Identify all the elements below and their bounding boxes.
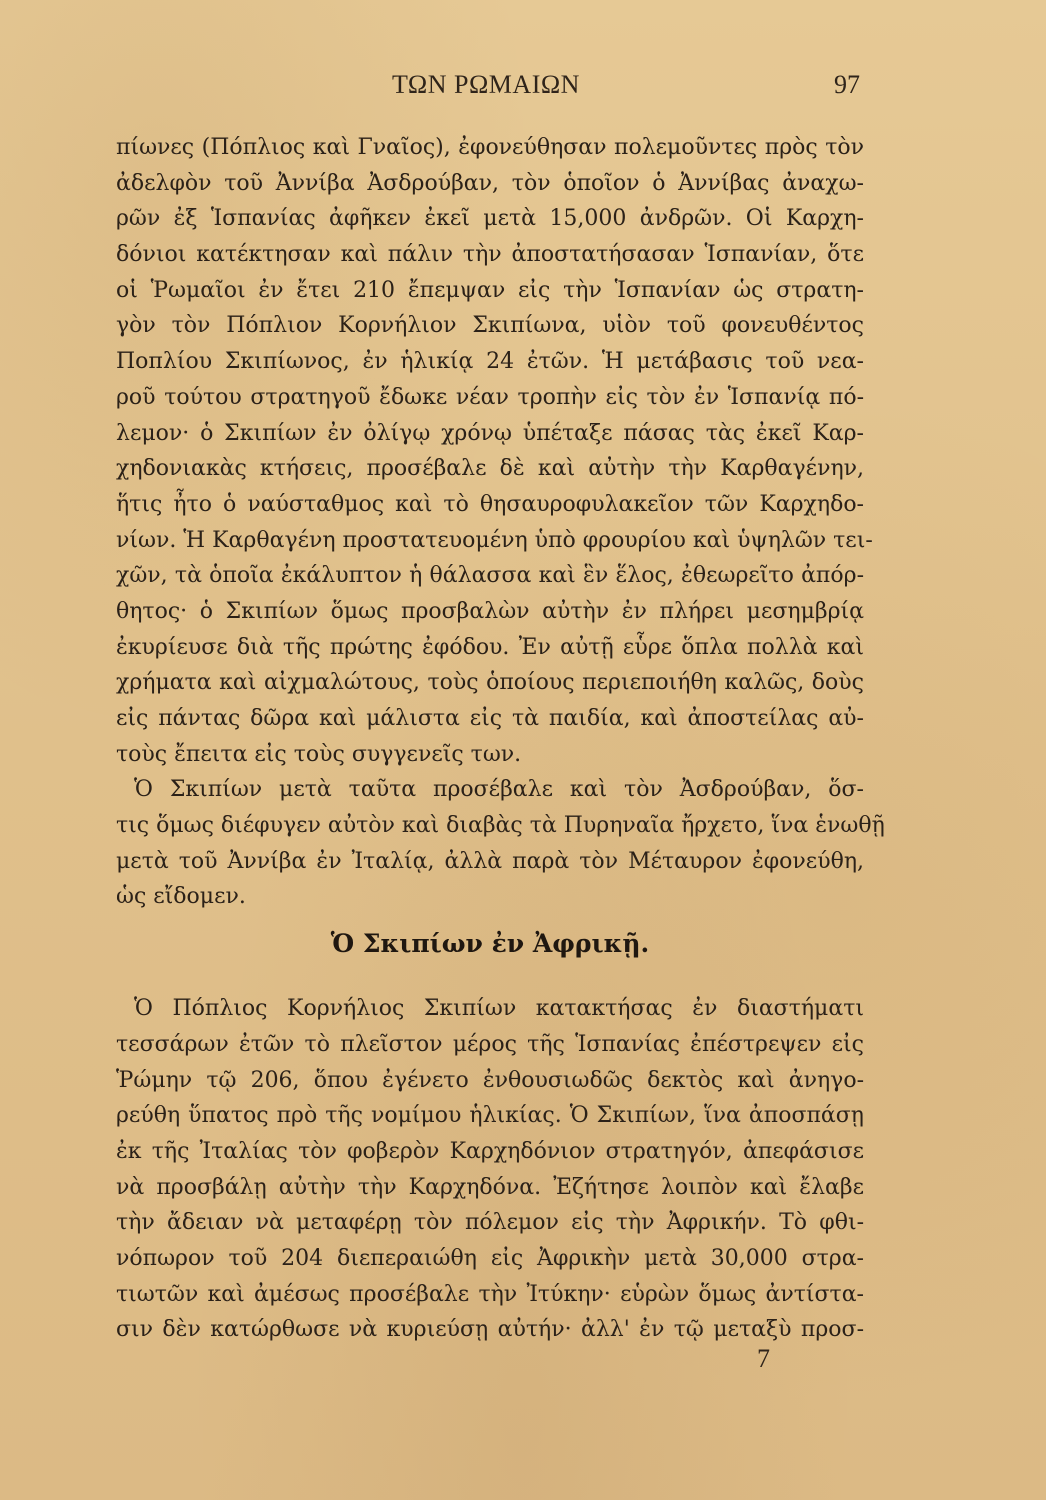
- text-line: ὡς εἴδομεν.: [116, 879, 864, 915]
- text-line: ἥτις ἦτο ὁ ναύσταθμος καὶ τὸ θησαυροφυλα…: [116, 487, 864, 523]
- text-line: γὸν τὸν Πόπλιον Κορνήλιον Σκιπίωνα, υἱὸν…: [116, 308, 864, 344]
- text-line: τις ὅμως διέφυγεν αὐτὸν καὶ διαβὰς τὰ Πυ…: [116, 808, 864, 844]
- text-line: ρῶν ἐξ Ἱσπανίας ἀφῆκεν ἐκεῖ μετὰ 15,000 …: [116, 201, 864, 237]
- body-text: πίωνες (Πόπλιος καὶ Γναῖος), ἐφονεύθησαν…: [116, 130, 864, 1348]
- text-line: χρήματα καὶ αἰχμαλώτους, τοὺς ὁποίους πε…: [116, 665, 864, 701]
- text-line: ρεύθη ὕπατος πρὸ τῆς νομίμου ἡλικίας. Ὁ …: [116, 1098, 864, 1134]
- book-page: ΤΩΝ ΡΩΜΑΙΩΝ 97 πίωνες (Πόπλιος καὶ Γναῖο…: [0, 0, 1046, 1500]
- text-line: τὴν ἄδειαν νὰ μεταφέρῃ τὸν πόλεμον εἰς τ…: [116, 1205, 864, 1241]
- text-line: νόπωρον τοῦ 204 διεπεραιώθη εἰς Ἀφρικὴν …: [116, 1241, 864, 1277]
- paragraph: πίωνες (Πόπλιος καὶ Γναῖος), ἐφονεύθησαν…: [116, 130, 864, 772]
- text-line: Ῥώμην τῷ 206, ὅπου ἐγένετο ἐνθουσιωδῶς δ…: [116, 1063, 864, 1099]
- page-number: 97: [834, 70, 860, 100]
- text-line: Ὁ Πόπλιος Κορνήλιος Σκιπίων κατακτήσας ἐ…: [116, 991, 864, 1027]
- text-line: τεσσάρων ἐτῶν τὸ πλεῖστον μέρος τῆς Ἱσπα…: [116, 1027, 864, 1063]
- text-line: ἐκ τῆς Ἰταλίας τὸν φοβερὸν Καρχηδόνιον σ…: [116, 1134, 864, 1170]
- text-line: σιν δὲν κατώρθωσε νὰ κυριεύσῃ αὐτήν· ἀλλ…: [116, 1312, 864, 1348]
- paragraph: Ὁ Πόπλιος Κορνήλιος Σκιπίων κατακτήσας ἐ…: [116, 991, 864, 1348]
- text-line: χηδονιακὰς κτήσεις, προσέβαλε δὲ καὶ αὐτ…: [116, 451, 864, 487]
- paragraph: Ὁ Σκιπίων μετὰ ταῦτα προσέβαλε καὶ τὸν Ἀ…: [116, 772, 864, 915]
- text-line: τιωτῶν καὶ ἀμέσως προσέβαλε τὴν Ἰτύκην· …: [116, 1277, 864, 1313]
- text-line: πίωνες (Πόπλιος καὶ Γναῖος), ἐφονεύθησαν…: [116, 130, 864, 166]
- text-line: οἱ Ῥωμαῖοι ἐν ἔτει 210 ἔπεμψαν εἰς τὴν Ἱ…: [116, 273, 864, 309]
- text-line: δόνιοι κατέκτησαν καὶ πάλιν τὴν ἀποστατή…: [116, 237, 864, 273]
- text-line: Ποπλίου Σκιπίωνος, ἐν ἡλικίᾳ 24 ἐτῶν. Ἡ …: [116, 344, 864, 380]
- text-line: λεμον· ὁ Σκιπίων ἐν ὀλίγῳ χρόνῳ ὑπέταξε …: [116, 416, 864, 452]
- text-line: ἀδελφὸν τοῦ Ἀννίβα Ἀσδρούβαν, τὸν ὁποῖον…: [116, 166, 864, 202]
- text-line: τοὺς ἔπειτα εἰς τοὺς συγγενεῖς των.: [116, 737, 864, 773]
- section-heading: Ὁ Σκιπίων ἐν Ἀφρικῇ.: [116, 919, 864, 969]
- text-line: θητος· ὁ Σκιπίων ὅμως προσβαλὼν αὐτὴν ἐν…: [116, 594, 864, 630]
- text-line: μετὰ τοῦ Ἀννίβα ἐν Ἰταλίᾳ, ἀλλὰ παρὰ τὸν…: [116, 844, 864, 880]
- text-line: ροῦ τούτου στρατηγοῦ ἔδωκε νέαν τροπὴν ε…: [116, 380, 864, 416]
- text-line: νὰ προσβάλῃ αὐτὴν τὴν Καρχηδόνα. Ἐζήτησε…: [116, 1170, 864, 1206]
- text-line: εἰς πάντας δῶρα καὶ μάλιστα εἰς τὰ παιδί…: [116, 701, 864, 737]
- text-line: χῶν, τὰ ὁποῖα ἐκάλυπτον ἡ θάλασσα καὶ ἓν…: [116, 558, 864, 594]
- running-head: ΤΩΝ ΡΩΜΑΙΩΝ 97: [112, 70, 860, 106]
- text-line: ἐκυρίευσε διὰ τῆς πρώτης ἐφόδου. Ἐν αὐτῇ…: [116, 630, 864, 666]
- text-line: Ὁ Σκιπίων μετὰ ταῦτα προσέβαλε καὶ τὸν Ἀ…: [116, 772, 864, 808]
- running-title: ΤΩΝ ΡΩΜΑΙΩΝ: [112, 70, 860, 100]
- signature-mark: 7: [757, 1344, 770, 1374]
- text-line: νίων. Ἡ Καρθαγένη προστατευομένη ὑπὸ φρο…: [116, 523, 864, 559]
